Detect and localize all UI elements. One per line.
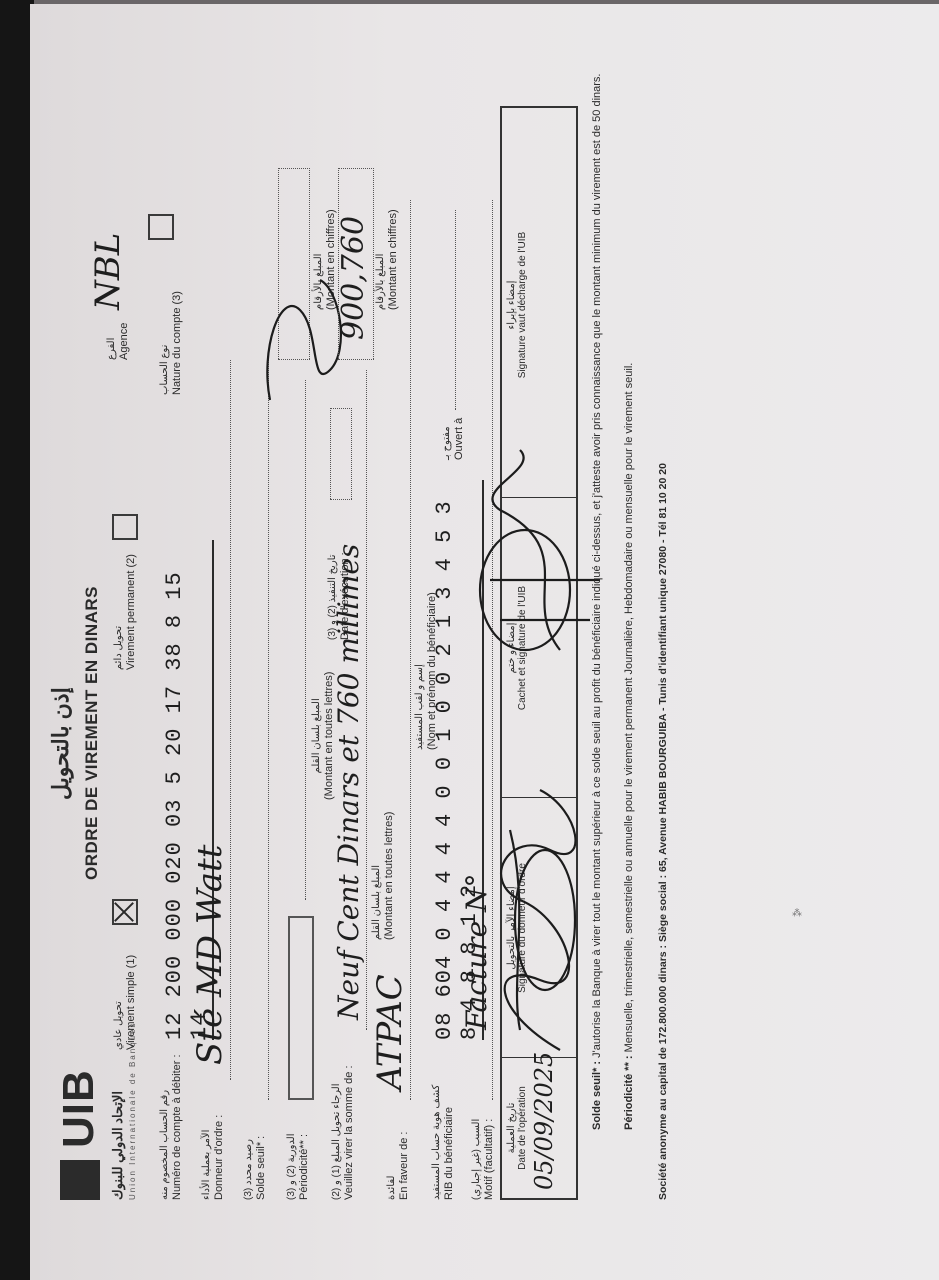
simple-transfer-checkbox[interactable]	[112, 899, 138, 925]
periodicity-footnote: Périodicité ** : Mensuelle, trimestriell…	[622, 50, 636, 1130]
permanent-transfer-checkbox[interactable]	[112, 514, 138, 540]
form-title-fr: ORDRE DE VIREMENT EN DINARS	[82, 586, 102, 880]
photo-background-edge	[0, 0, 34, 1280]
ordering-party-line	[230, 360, 231, 1080]
amount-figures-caption: المبلغ بالأرقام (Montant en chiffres)	[374, 209, 400, 310]
periodicity-label: الدورية (2) و (3) Périodicité** :	[285, 1133, 311, 1200]
amount-words-field[interactable]: Neuf Cent Dinars et 760 millimes	[332, 544, 365, 1020]
account-type-label: نوع الحساب Nature du compte (3)	[158, 291, 184, 395]
transfer-order-form: UIB الإتحاد الدولي للبنوك Union Internat…	[30, 0, 680, 1240]
periodicity-field[interactable]	[288, 916, 314, 1100]
permanent-transfer-label: تحويل دائم Virement permanent (2)	[112, 554, 138, 670]
periodicity-amount-line	[305, 380, 306, 900]
ordering-party-signature-icon[interactable]	[450, 770, 600, 1070]
rib-label: كشف هوية حساب المستفيد RIB du bénéficiai…	[430, 1085, 456, 1200]
bank-name-ar: الإتحاد الدولي للبنوك	[110, 1091, 126, 1200]
solde-seuil-footnote: Solde seuil* : J'autorise la Banque à vi…	[590, 50, 604, 1130]
form-title-ar: إذن بالتحويل	[48, 687, 74, 800]
beneficiary-line	[410, 200, 411, 1100]
ordering-party-label: الآمر بعملية الأداء Donneur d'ordre :	[200, 1115, 226, 1200]
legal-footer: Société anonyme au capital de 172.800.00…	[656, 20, 670, 1200]
branch-label: الفرع Agence	[105, 323, 131, 360]
bank-stamp-signature-icon[interactable]	[460, 440, 610, 680]
beneficiary-label: لفائدة En faveur de :	[385, 1132, 411, 1201]
motif-label: السبب (غير إجباري) Motif (facultatif) :	[470, 1119, 496, 1200]
amount-words-caption: المبلغ بلسان القلم (Montant en toutes le…	[370, 812, 396, 940]
branch-value[interactable]: NBL	[88, 233, 128, 310]
uib-logo-text: UIB	[54, 1069, 104, 1148]
amount-figures-value: 900,760	[336, 216, 371, 340]
date-column: تاريخ العملية Date de l'opération 05/09/…	[502, 1057, 576, 1198]
execution-date-field[interactable]	[330, 408, 352, 500]
amount-words-line	[366, 370, 367, 1030]
uib-logo-mark-icon	[60, 1160, 100, 1200]
opened-at-field[interactable]	[455, 210, 456, 410]
ordering-party-field[interactable]: Sté MD Watt	[190, 845, 230, 1065]
amount-label: الرجاء تحويل المبلغ (1) و (2) Veuillez v…	[330, 1066, 356, 1201]
solde-seuil-label: رصيد محدد (3) Solde seuil* :	[242, 1136, 268, 1200]
simple-transfer-label: تحويل عادي Virement simple (1)	[112, 955, 138, 1050]
solde-seuil-field[interactable]	[268, 360, 269, 1100]
beneficiary-field[interactable]: ATPAC	[370, 974, 410, 1090]
account-type-checkbox[interactable]	[148, 214, 174, 240]
account-number-label: رقم الحساب المخصوم منه Numéro de compte …	[158, 1054, 184, 1200]
date-header: تاريخ العملية Date de l'opération	[506, 1058, 528, 1198]
operation-date-field[interactable]: 05/09/2025	[530, 1052, 558, 1190]
paper-mark: ⁂	[792, 908, 802, 919]
